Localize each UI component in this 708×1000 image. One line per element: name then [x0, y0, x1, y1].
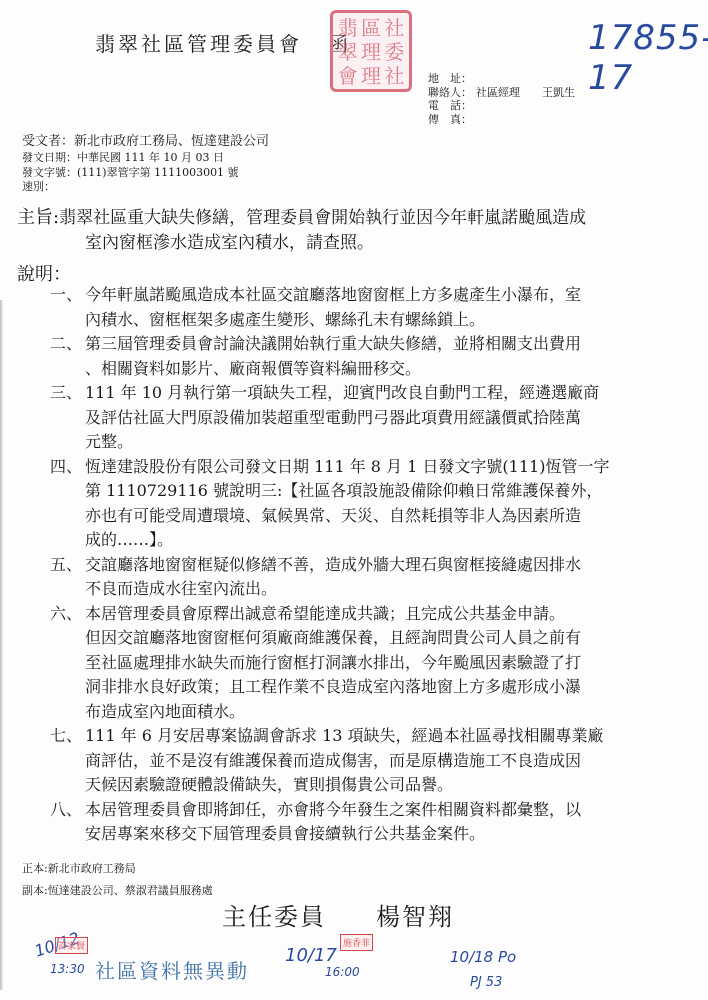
seal-char: 翠: [336, 40, 359, 64]
seal-char: 會: [336, 64, 359, 88]
description-list: 一、 今年軒嵐諾颱風造成本社區交誼廳落地窗窗框上方多處產生小瀑布，室內積水、窗框…: [30, 283, 700, 847]
list-item: 二、 第三屆管理委員會討論決議開始執行重大缺失修繕，並將相關支出費用、相關資料如…: [30, 332, 700, 381]
list-item: 三、 111 年 10 月執行第一項缺失工程，迎賓門改良自動門工程，經遴選廠商及…: [30, 381, 700, 455]
handwritten-time-2: 16:00: [325, 965, 360, 979]
handwritten-number: 17855-17: [588, 18, 708, 98]
list-item: 七、 111 年 6 月安居專案協調會訴求 13 項缺失，經過本社區尋找相關專業…: [30, 724, 700, 798]
contact-person: 聯絡人：社區經理 王凱生: [428, 86, 575, 100]
handwritten-note-1: 10/18 Po: [450, 948, 516, 966]
seal-char: 委: [383, 40, 406, 64]
status-stamp: 社區資料無異動: [95, 955, 249, 984]
seal-char: 翡: [336, 16, 359, 40]
seal-char: 社: [383, 16, 406, 40]
handwritten-time-1: 13:30: [50, 962, 85, 976]
seal-char: 區: [359, 16, 382, 40]
recipient: 受文者：新北市政府工務局、恆達建設公司: [22, 133, 269, 151]
signature-block: 主任委員楊智翔: [222, 897, 454, 932]
subject-line-2: 室內窗框滲水造成室內積水，請查照。: [17, 231, 692, 256]
document-number: 發文字號：(111)翠管字第 1111003001 號: [22, 166, 269, 181]
signatory-name: 楊智翔: [376, 903, 454, 931]
list-item: 八、 本居管理委員會即將卸任，亦會將今年發生之案件相關資料都彙整，以安居專案來移…: [30, 798, 700, 847]
letterhead-title: 翡翠社區管理委員會函: [95, 28, 351, 57]
seal-char: 理: [359, 40, 382, 64]
list-item: 一、 今年軒嵐諾颱風造成本社區交誼廳落地窗窗框上方多處產生小瀑布，室內積水、窗框…: [30, 283, 700, 332]
subject-line-1: 翡翠社區重大缺失修繕，管理委員會開始執行並因今年軒嵐諾颱風造成: [59, 208, 586, 228]
seal-char: 理: [359, 64, 382, 88]
official-seal: 翡 區 社 翠 理 委 會 理 社: [330, 10, 412, 92]
org-name: 翡翠社區管理委員會: [95, 32, 302, 56]
document-meta: 受文者：新北市政府工務局、恆達建設公司 發文日期：中華民國 111 年 10 月…: [22, 133, 269, 195]
list-item: 五、 交誼廳落地窗窗框疑似修繕不善，造成外牆大理石與窗框接縫處因排水不良而造成水…: [30, 553, 700, 602]
handwritten-note-2: PJ 53: [470, 975, 502, 990]
signatory-title: 主任委員: [222, 903, 326, 931]
list-item: 六、 本居管理委員會原釋出誠意希望能達成共識；且完成公共基金申請。但因交誼廳落地…: [30, 602, 700, 725]
copies-block: 正本:新北市政府工務局 副本:恆達建設公司、蔡淑君議員服務處: [22, 858, 213, 902]
cc-recipients: 副本:恆達建設公司、蔡淑君議員服務處: [22, 880, 213, 902]
original-recipient: 正本:新北市政府工務局: [22, 858, 213, 880]
contact-phone: 電 話：: [428, 99, 575, 113]
contact-fax: 傳 真：: [428, 113, 575, 127]
handwritten-date-2: 10/17: [285, 945, 337, 966]
receipt-stamp-2: 施香菲: [340, 934, 373, 951]
contact-block: 地 址： 聯絡人：社區經理 王凱生 電 話： 傳 真：: [428, 72, 575, 126]
subject-section: 主旨:翡翠社區重大缺失修繕，管理委員會開始執行並因今年軒嵐諾颱風造成 室內窗框滲…: [17, 205, 692, 256]
speed-class: 速別：: [22, 180, 269, 195]
subject-label: 主旨:: [17, 207, 59, 228]
scan-edge: [0, 300, 3, 990]
issue-date: 發文日期：中華民國 111 年 10 月 03 日: [22, 151, 269, 166]
contact-address: 地 址：: [428, 72, 575, 86]
list-item: 四、 恆達建設股份有限公司發文日期 111 年 8 月 1 日發文字號(111)…: [30, 455, 700, 553]
receipt-stamp-1: 許家賢: [55, 937, 88, 954]
seal-char: 社: [383, 64, 406, 88]
